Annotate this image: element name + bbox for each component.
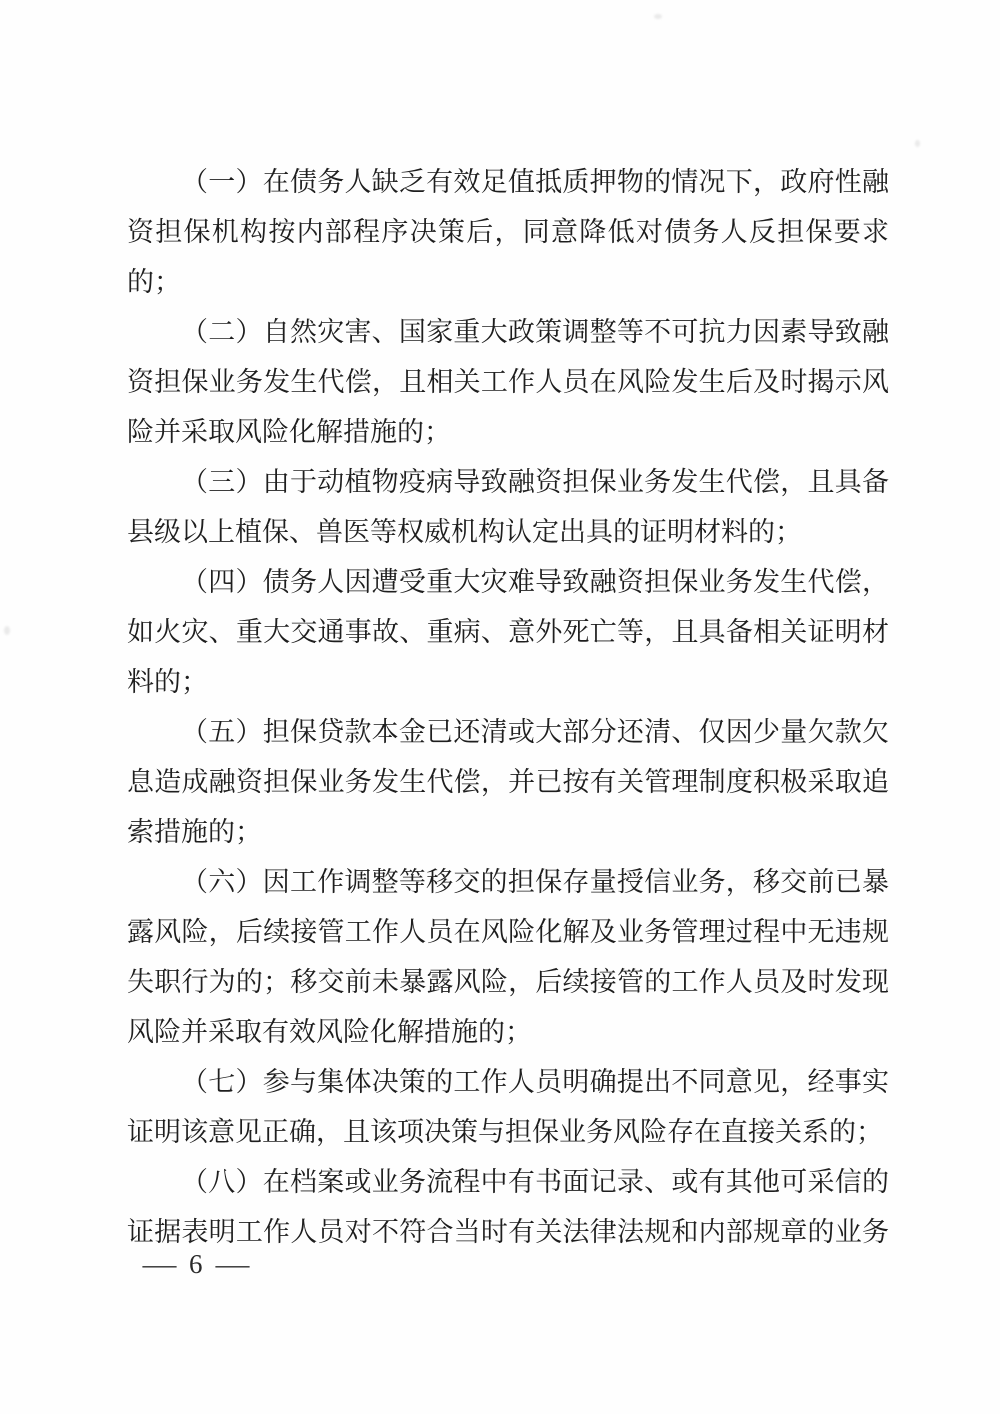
text-line: （二）自然灾害、国家重大政策调整等不可抗力因素导致融 xyxy=(127,307,889,357)
paragraph-5: （五）担保贷款本金已还清或大部分还清、仅因少量欠款欠 息造成融资担保业务发生代偿… xyxy=(127,707,889,857)
paragraph-3: （三）由于动植物疫病导致融资担保业务发生代偿，且具备 县级以上植保、兽医等权威机… xyxy=(127,457,889,557)
paragraph-6: （六）因工作调整等移交的担保存量授信业务，移交前已暴 露风险，后续接管工作人员在… xyxy=(127,857,889,1057)
footer-right-dash: — xyxy=(215,1249,249,1280)
text-line: （五）担保贷款本金已还清或大部分还清、仅因少量欠款欠 xyxy=(127,707,889,757)
text-line: 县级以上植保、兽医等权威机构认定出具的证明材料的； xyxy=(127,507,889,557)
text-line: 的； xyxy=(127,257,889,307)
footer-left-dash: — xyxy=(143,1249,177,1280)
text-line: 失职行为的；移交前未暴露风险，后续接管的工作人员及时发现 xyxy=(127,957,889,1007)
text-line: （七）参与集体决策的工作人员明确提出不同意见，经事实 xyxy=(127,1057,889,1107)
paragraph-7: （七）参与集体决策的工作人员明确提出不同意见，经事实 证明该意见正确，且该项决策… xyxy=(127,1057,889,1157)
text-line: 证明该意见正确，且该项决策与担保业务风险存在直接关系的； xyxy=(127,1107,889,1157)
text-line: 息造成融资担保业务发生代偿，并已按有关管理制度积极采取追 xyxy=(127,757,889,807)
paragraph-1: （一）在债务人缺乏有效足值抵质押物的情况下，政府性融 资担保机构按内部程序决策后… xyxy=(127,157,889,307)
text-line: 险并采取风险化解措施的； xyxy=(127,407,889,457)
text-line: （六）因工作调整等移交的担保存量授信业务，移交前已暴 xyxy=(127,857,889,907)
paragraph-4: （四）债务人因遭受重大灾难导致融资担保业务发生代偿， 如火灾、重大交通事故、重病… xyxy=(127,557,889,707)
text-line: 资担保机构按内部程序决策后，同意降低对债务人反担保要求 xyxy=(127,207,889,257)
text-line: （八）在档案或业务流程中有书面记录、或有其他可采信的 xyxy=(127,1157,889,1207)
paragraph-2: （二）自然灾害、国家重大政策调整等不可抗力因素导致融 资担保业务发生代偿，且相关… xyxy=(127,307,889,457)
text-line: 索措施的； xyxy=(127,807,889,857)
text-line: （一）在债务人缺乏有效足值抵质押物的情况下，政府性融 xyxy=(127,157,889,207)
text-line: 如火灾、重大交通事故、重病、意外死亡等，且具备相关证明材 xyxy=(127,607,889,657)
text-line: 风险并采取有效风险化解措施的； xyxy=(127,1007,889,1057)
scan-artifact xyxy=(4,626,10,635)
text-line: （四）债务人因遭受重大灾难导致融资担保业务发生代偿， xyxy=(127,557,889,607)
scan-artifact xyxy=(654,14,662,19)
scan-artifact xyxy=(915,140,920,147)
paragraph-8: （八）在档案或业务流程中有书面记录、或有其他可采信的 证据表明工作人员对不符合当… xyxy=(127,1157,889,1257)
text-line: 料的； xyxy=(127,657,889,707)
page-footer: — 6 — xyxy=(146,1249,246,1280)
text-line: 露风险，后续接管工作人员在风险化解及业务管理过程中无违规 xyxy=(127,907,889,957)
text-line: 资担保业务发生代偿，且相关工作人员在风险发生后及时揭示风 xyxy=(127,357,889,407)
text-line: （三）由于动植物疫病导致融资担保业务发生代偿，且具备 xyxy=(127,457,889,507)
document-page: （一）在债务人缺乏有效足值抵质押物的情况下，政府性融 资担保机构按内部程序决策后… xyxy=(0,0,1000,1414)
document-body: （一）在债务人缺乏有效足值抵质押物的情况下，政府性融 资担保机构按内部程序决策后… xyxy=(127,157,889,1257)
page-number: 6 xyxy=(189,1249,203,1280)
